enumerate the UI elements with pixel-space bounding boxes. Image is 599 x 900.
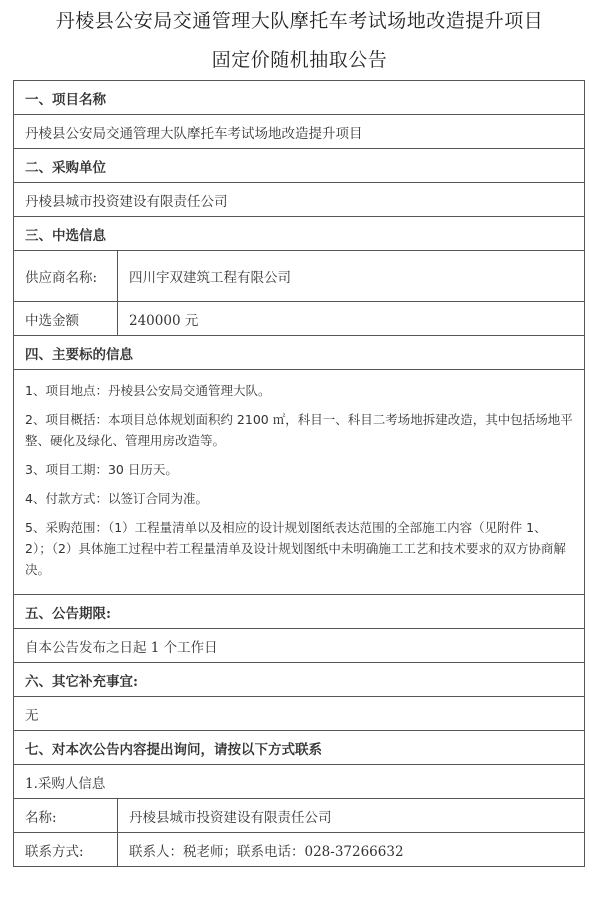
amount-label: 中选金额: [14, 302, 118, 336]
supplier-label: 供应商名称:: [14, 251, 118, 302]
contact-method-value: 联系人：税老师；联系电话：028-37266632: [118, 833, 585, 867]
document-title-line1: 丹棱县公安局交通管理大队摩托车考试场地改造提升项目: [0, 6, 599, 33]
list-item: 2、项目概括：本项目总体规划面积约 2100 ㎡，科目一、科目二考场地拆建改造，…: [25, 409, 573, 451]
list-item: 1、项目地点：丹棱县公安局交通管理大队。: [25, 380, 573, 401]
section-other-matters-heading: 六、其它补充事宜:: [14, 663, 585, 697]
list-item: 5、采购范围：（1）工程量清单以及相应的设计规划图纸表达范围的全部施工内容（见附…: [25, 517, 573, 580]
section-notice-period-heading: 五、公告期限:: [14, 595, 585, 629]
announcement-table: 一、项目名称 丹棱县公安局交通管理大队摩托车考试场地改造提升项目 二、采购单位 …: [13, 80, 585, 867]
main-subject-list: 1、项目地点：丹棱县公安局交通管理大队。 2、项目概括：本项目总体规划面积约 2…: [14, 370, 585, 595]
supplier-value: 四川宇双建筑工程有限公司: [118, 251, 585, 302]
document-title-line2: 固定价随机抽取公告: [0, 45, 599, 72]
purchaser-info-subheading: 1.采购人信息: [14, 765, 585, 799]
list-item: 3、项目工期：30 日历天。: [25, 459, 573, 480]
section-selection-info-heading: 三、中选信息: [14, 217, 585, 251]
contact-method-label: 联系方式:: [14, 833, 118, 867]
section-main-subject-heading: 四、主要标的信息: [14, 336, 585, 370]
amount-value: 240000 元: [118, 302, 585, 336]
section-project-name-heading: 一、项目名称: [14, 81, 585, 115]
other-matters-value: 无: [14, 697, 585, 731]
project-name-value: 丹棱县公安局交通管理大队摩托车考试场地改造提升项目: [14, 115, 585, 149]
list-item: 4、付款方式：以签订合同为准。: [25, 488, 573, 509]
notice-period-value: 自本公告发布之日起 1 个工作日: [14, 629, 585, 663]
purchaser-value: 丹棱县城市投资建设有限责任公司: [14, 183, 585, 217]
contact-name-label: 名称:: [14, 799, 118, 833]
contact-name-value: 丹棱县城市投资建设有限责任公司: [118, 799, 585, 833]
section-contact-heading: 七、对本次公告内容提出询问，请按以下方式联系: [14, 731, 585, 765]
section-purchaser-heading: 二、采购单位: [14, 149, 585, 183]
